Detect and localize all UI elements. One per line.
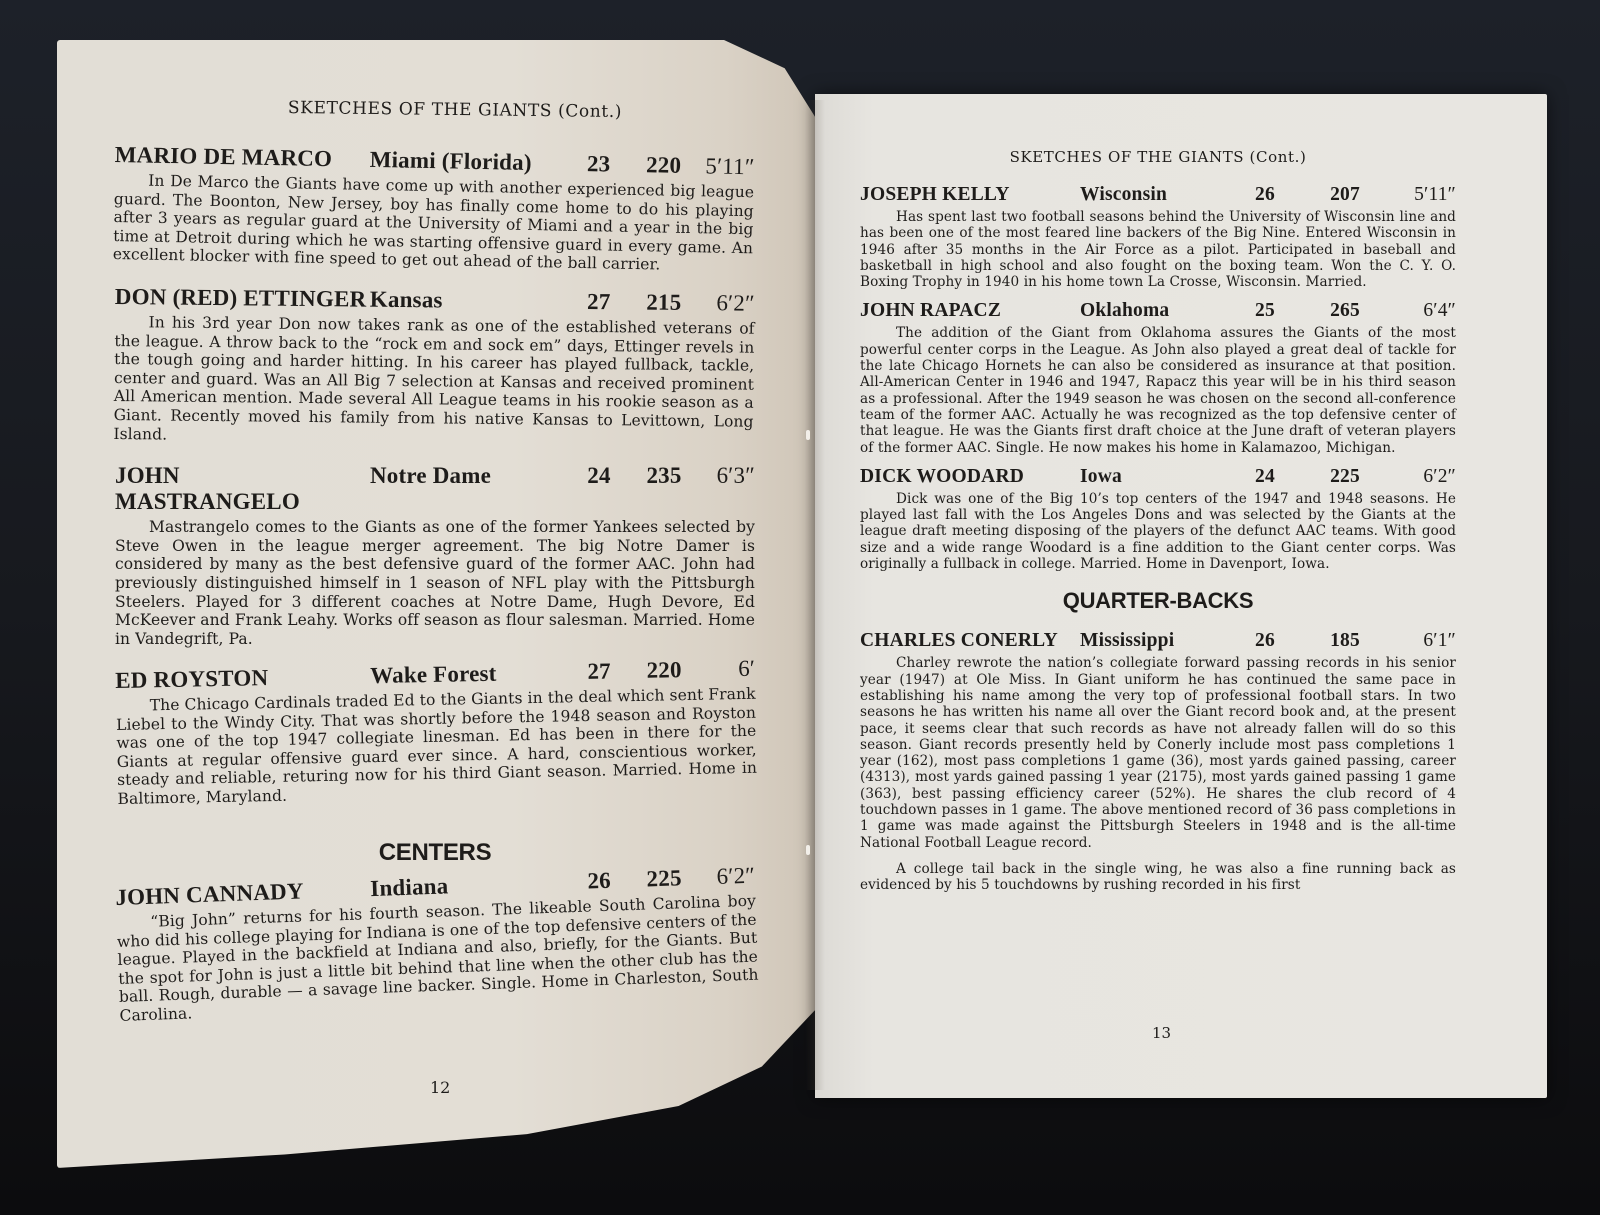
player-school: Wake Forest bbox=[370, 660, 570, 690]
player-header: JOHN MASTRANGELO Notre Dame 24 235 6′3″ bbox=[115, 463, 755, 515]
player-height: 6′1″ bbox=[1390, 630, 1456, 652]
player-school: Miami (Florida) bbox=[369, 147, 569, 177]
player-age: 26 bbox=[570, 867, 629, 895]
player-weight: 225 bbox=[1300, 466, 1390, 488]
player-height: 6′ bbox=[700, 656, 755, 683]
section-title-quarter-backs: QUARTER-BACKS bbox=[860, 588, 1456, 614]
player-header: JOSEPH KELLY Wisconsin 26 207 5′11″ bbox=[860, 184, 1456, 206]
player-bio: Dick was one of the Big 10’s top centers… bbox=[860, 491, 1456, 572]
player-header: DON (RED) ETTINGER Kansas 27 215 6′2″ bbox=[115, 284, 755, 317]
player-name: CHARLES CONERLY bbox=[860, 630, 1080, 652]
player-bio: In De Marco the Giants have come up with… bbox=[113, 171, 755, 276]
player-age: 27 bbox=[570, 289, 628, 316]
running-head: SKETCHES OF THE GIANTS (Cont.) bbox=[860, 148, 1456, 166]
player-bio-continued: A college tail back in the single wing, … bbox=[860, 861, 1456, 894]
player-height: 6′3″ bbox=[700, 463, 755, 489]
player-age: 26 bbox=[1230, 630, 1300, 652]
player-name: JOHN RAPACZ bbox=[860, 300, 1080, 322]
player-header: CHARLES CONERLY Mississippi 26 185 6′1″ bbox=[860, 630, 1456, 652]
player-height: 6′2″ bbox=[700, 290, 755, 317]
player-age: 23 bbox=[569, 151, 627, 178]
player-entry: DICK WOODARD Iowa 24 225 6′2″ Dick was o… bbox=[860, 466, 1456, 572]
player-age: 25 bbox=[1230, 300, 1300, 322]
player-weight: 185 bbox=[1300, 630, 1390, 652]
player-weight: 207 bbox=[1300, 184, 1390, 206]
player-bio: In his 3rd year Don now takes rank as on… bbox=[113, 313, 754, 450]
player-name: ED ROYSTON bbox=[115, 663, 370, 694]
player-school: Mississippi bbox=[1080, 630, 1230, 652]
player-weight: 265 bbox=[1300, 300, 1390, 322]
player-height: 6′4″ bbox=[1390, 300, 1456, 322]
player-school: Kansas bbox=[370, 287, 570, 315]
binding-stitch bbox=[806, 430, 810, 440]
player-bio: The addition of the Giant from Oklahoma … bbox=[860, 325, 1456, 455]
player-school: Oklahoma bbox=[1080, 300, 1230, 322]
player-name: DICK WOODARD bbox=[860, 466, 1080, 488]
player-age: 26 bbox=[1230, 184, 1300, 206]
player-entry: DON (RED) ETTINGER Kansas 27 215 6′2″ In… bbox=[113, 284, 755, 450]
player-bio: Charley rewrote the nation’s collegiate … bbox=[860, 655, 1456, 851]
player-bio: Mastrangelo comes to the Giants as one o… bbox=[115, 518, 755, 648]
player-age: 27 bbox=[570, 658, 628, 685]
player-weight: 225 bbox=[628, 864, 701, 892]
player-weight: 220 bbox=[628, 657, 700, 684]
player-height: 6′2″ bbox=[700, 863, 756, 891]
section-title-centers: CENTERS bbox=[115, 839, 755, 867]
player-height: 5′11″ bbox=[1390, 184, 1456, 206]
player-entry: MARIO DE MARCO Miami (Florida) 23 220 5′… bbox=[113, 142, 755, 276]
player-weight: 215 bbox=[628, 289, 700, 316]
player-school: Notre Dame bbox=[370, 463, 570, 489]
player-header: DICK WOODARD Iowa 24 225 6′2″ bbox=[860, 466, 1456, 488]
page-number: 13 bbox=[1152, 1024, 1171, 1042]
running-head: SKETCHES OF THE GIANTS (Cont.) bbox=[155, 96, 755, 123]
player-age: 24 bbox=[1230, 466, 1300, 488]
player-school: Iowa bbox=[1080, 466, 1230, 488]
player-name: JOHN MASTRANGELO bbox=[115, 463, 370, 515]
left-page-content: SKETCHES OF THE GIANTS (Cont.) MARIO DE … bbox=[115, 100, 755, 1045]
right-page-content: SKETCHES OF THE GIANTS (Cont.) JOSEPH KE… bbox=[860, 148, 1456, 904]
player-weight: 235 bbox=[628, 463, 700, 489]
player-entry: JOSEPH KELLY Wisconsin 26 207 5′11″ Has … bbox=[860, 184, 1456, 290]
player-height: 5′11″ bbox=[699, 153, 754, 180]
player-age: 24 bbox=[570, 463, 628, 489]
player-entry: JOHN CANNADY Indiana 26 225 6′2″ “Big Jo… bbox=[115, 863, 760, 1026]
player-bio: The Chicago Cardinals traded Ed to the G… bbox=[116, 685, 758, 809]
player-entry: CHARLES CONERLY Mississippi 26 185 6′1″ … bbox=[860, 630, 1456, 893]
player-bio: “Big John” returns for his fourth season… bbox=[116, 891, 760, 1025]
player-header: JOHN RAPACZ Oklahoma 25 265 6′4″ bbox=[860, 300, 1456, 322]
player-name: MARIO DE MARCO bbox=[115, 142, 370, 173]
player-weight: 220 bbox=[627, 152, 699, 179]
player-school: Indiana bbox=[370, 869, 571, 902]
player-name: DON (RED) ETTINGER bbox=[115, 284, 370, 313]
player-entry: JOHN MASTRANGELO Notre Dame 24 235 6′3″ … bbox=[115, 463, 755, 648]
player-school: Wisconsin bbox=[1080, 184, 1230, 206]
page-number: 12 bbox=[430, 1078, 450, 1097]
player-entry: ED ROYSTON Wake Forest 27 220 6′ The Chi… bbox=[115, 656, 758, 809]
player-bio: Has spent last two football seasons behi… bbox=[860, 209, 1456, 290]
binding-stitch bbox=[806, 845, 810, 855]
player-entry: JOHN RAPACZ Oklahoma 25 265 6′4″ The add… bbox=[860, 300, 1456, 455]
player-height: 6′2″ bbox=[1390, 466, 1456, 488]
player-name: JOSEPH KELLY bbox=[860, 184, 1080, 206]
